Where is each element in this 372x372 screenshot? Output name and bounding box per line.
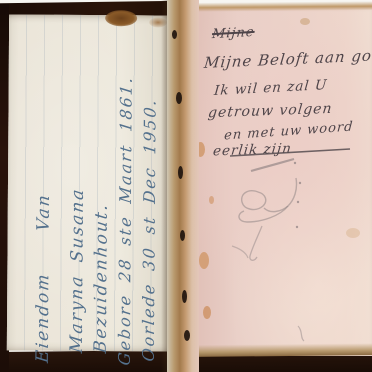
gutter-dark-spot <box>172 30 177 39</box>
ink-stain <box>105 10 137 26</box>
rust-speckle <box>209 196 214 204</box>
rust-speckle <box>300 18 310 25</box>
book-photo: Eiendom Van Maryna Susana Bezuidenhout. … <box>0 0 372 372</box>
handwriting-line: Eiendom Van <box>31 43 57 366</box>
rust-speckle <box>199 252 209 269</box>
left-page-handwriting: Eiendom Van Maryna Susana Bezuidenhout. … <box>31 45 175 366</box>
gutter-dark-spot <box>184 330 190 341</box>
right-page-torn-top-edge <box>192 1 372 12</box>
page-gutter-torn-spine <box>167 0 199 372</box>
handwriting-line: Oorlede 30 st Dec 1950. <box>137 44 163 367</box>
handwriting-line: Maryna Susana <box>65 44 91 367</box>
crossed-out-word: Mijne <box>212 25 255 42</box>
handwriting-line: Gebore 28 ste Maart 1861. <box>113 44 139 367</box>
handwriting-line: Bezuidenhout. <box>89 44 115 367</box>
left-page: Eiendom Van Maryna Susana Bezuidenhout. … <box>7 14 170 351</box>
gutter-dark-spot <box>182 290 187 303</box>
rust-speckle <box>203 306 211 319</box>
handwriting-line: eerlik zijn <box>213 141 292 160</box>
right-page-torn-bottom-edge <box>196 343 372 357</box>
gutter-dark-spot <box>178 166 183 179</box>
rust-speckle <box>346 228 360 238</box>
gutter-dark-spot <box>180 230 185 241</box>
gutter-dark-spot <box>176 92 182 104</box>
